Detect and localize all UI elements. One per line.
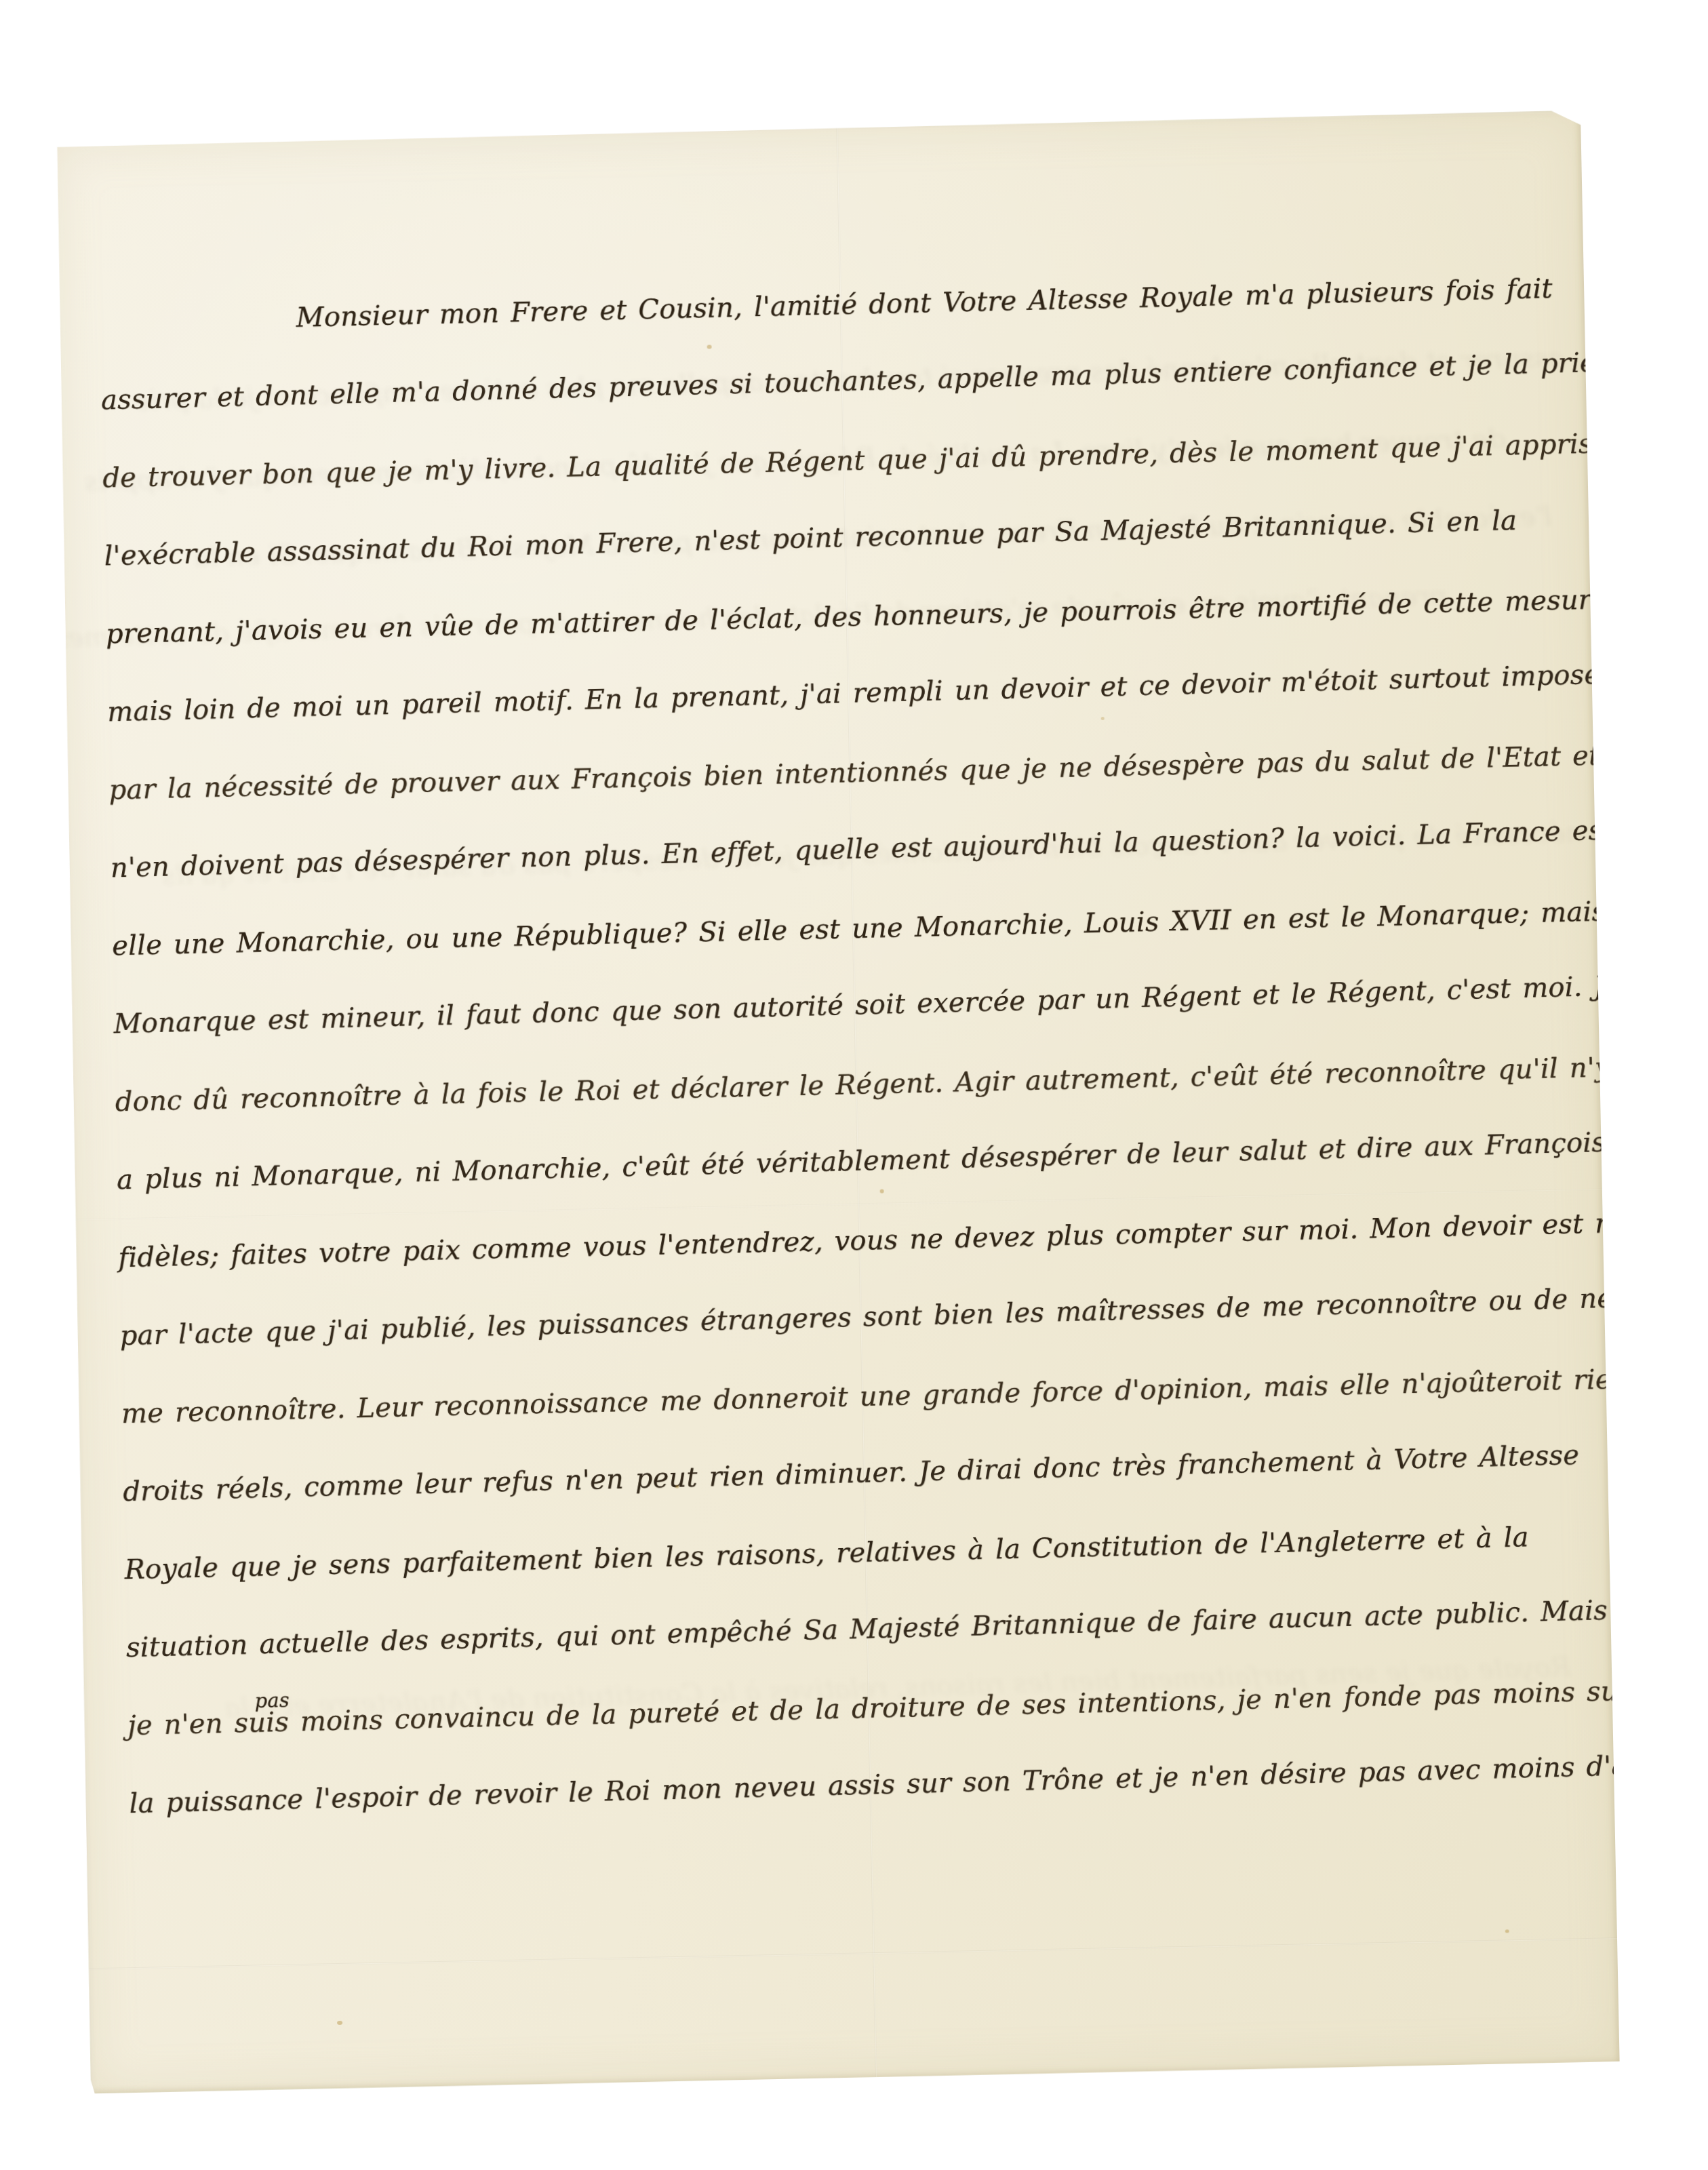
interlinear-insertion: pas: [254, 1691, 290, 1711]
line-text: n'en doivent pas désespérer non plus. En…: [110, 814, 1614, 884]
line-text: par l'acte que j'ai publié, les puissanc…: [119, 1281, 1673, 1352]
line-text: assurer et dont elle m'a donné des preuv…: [100, 347, 1596, 416]
line-text: donc dû reconnoître à la fois le Roi et …: [115, 1052, 1610, 1118]
line-text: elle une Monarchie, ou une République? S…: [112, 895, 1649, 962]
line-text: Royale que je sens parfaitement bien les…: [124, 1522, 1529, 1585]
line-text: prenant, j'avois eu en vûe de m'attirer …: [105, 584, 1616, 650]
foxing-speck: [1505, 1929, 1509, 1933]
line-text: Monsieur mon Frere et Cousin, l'amitié d…: [296, 273, 1553, 334]
line-text: a plus ni Monarque, ni Monarchie, c'eût …: [117, 1127, 1606, 1196]
line-text: la puissance l'espoir de revoir le Roi m…: [129, 1748, 1705, 1819]
fold-crease-horizontal: [88, 1937, 1617, 1970]
line-text: l'exécrable assassinat du Roi mon Frere,…: [104, 505, 1517, 572]
letter-text-block: Monsieur mon Frere et Cousin, l'amitié d…: [99, 254, 1595, 1843]
line-text: mais loin de moi un pareil motif. En la …: [107, 659, 1601, 728]
line-text: je n'en suis moins convaincu de la puret…: [127, 1676, 1632, 1741]
line-text: droits réels, comme leur refus n'en peut…: [123, 1440, 1580, 1507]
foxing-speck: [337, 2021, 342, 2025]
line-text: de trouver bon que je m'y livre. La qual…: [102, 429, 1593, 494]
photo-background: assurer et dont elle m'a donné des preuv…: [0, 0, 1708, 2170]
letter-sheet: assurer et dont elle m'a donné des preuv…: [52, 111, 1619, 2094]
line-text: Monarque est mineur, il faut donc que so…: [113, 970, 1638, 1040]
line-text: situation actuelle des esprits, qui ont …: [125, 1595, 1608, 1663]
